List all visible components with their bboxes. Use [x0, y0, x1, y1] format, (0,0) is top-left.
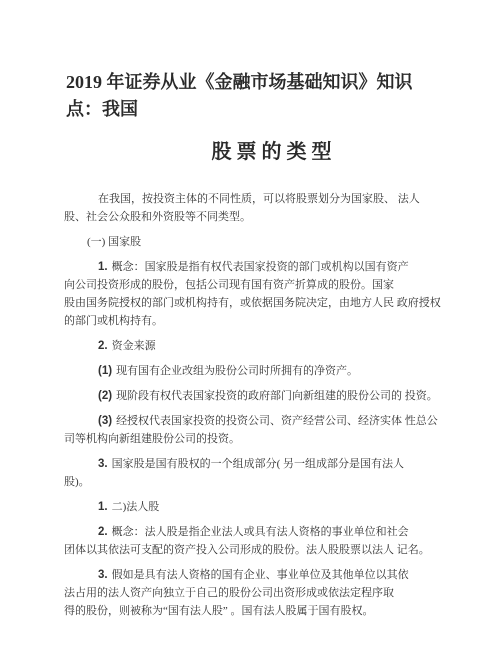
- paragraph: 1.二)法人股: [64, 498, 444, 516]
- paragraph-number: 1.: [98, 501, 108, 513]
- paragraph: (3)经授权代表国家投资的投资公司、资产经营公司、经济实体 性总公 司等机构向新…: [64, 412, 444, 448]
- paragraph: 3.国家股是国有股权的一个组成部分( 另一组成部分是国有法人 股)。: [64, 455, 444, 491]
- paragraph-line-text: 法占用的法人资产向独立于自己的股份公司出资形成或依法定程序取: [64, 587, 394, 599]
- paragraph-line-text: 得的股份，则被称为“国有法人股” 。国有法人股属于国有股权。: [64, 605, 374, 617]
- paragraph-line-text: 股由国务院授权的部门或机构持有，或依据国务院决定，由地方人民 政府授权: [64, 297, 441, 309]
- paragraph-line-text: 股)。: [64, 476, 90, 488]
- paragraph-line: 3.假如是具有法人资格的国有企业、事业单位及其他单位以其依: [64, 566, 444, 584]
- document-page: 2019 年证券从业《金融市场基础知识》知识 点：我国 股票的类型 在我国，按投…: [0, 0, 500, 647]
- paragraph-number: (3): [98, 415, 112, 427]
- paragraph-line-text: 团体以其依法可支配的资产投入公司形成的股份。法人股股票以法人 记名。: [64, 544, 430, 556]
- paragraph-line: 团体以其依法可支配的资产投入公司形成的股份。法人股股票以法人 记名。: [64, 541, 444, 559]
- paragraph-line: 股由国务院授权的部门或机构持有，或依据国务院决定，由地方人民 政府授权: [64, 294, 444, 312]
- paragraph-line: (一) 国家股: [64, 233, 444, 251]
- paragraph: 在我国，按投资主体的不同性质，可以将股票划分为国家股、 法人 股、社会公众股和外…: [64, 190, 444, 226]
- paragraph-line-text: 的部门或机构持有。: [64, 315, 163, 327]
- paragraph-number: 3.: [98, 458, 108, 470]
- document-title: 2019 年证券从业《金融市场基础知识》知识 点：我国: [0, 12, 500, 123]
- paragraph: (一) 国家股: [64, 233, 444, 251]
- paragraph: 2.资金来源: [64, 337, 444, 355]
- paragraph-line: (3)经授权代表国家投资的投资公司、资产经营公司、经济实体 性总公: [64, 412, 444, 430]
- paragraph-line: (2)现阶段有权代表国家投资的政府部门向新组建的股份公司的 投资。: [64, 387, 444, 405]
- paragraph-line: 2.资金来源: [64, 337, 444, 355]
- paragraph-line-text: (一) 国家股: [87, 236, 141, 248]
- paragraph-line-text: 股、社会公众股和外资股等不同类型。: [64, 211, 251, 223]
- paragraph-number: 3.: [98, 569, 108, 581]
- paragraph-number: 2.: [98, 526, 108, 538]
- paragraph-line-text: 现阶段有权代表国家投资的政府部门向新组建的股份公司的 投资。: [116, 390, 438, 402]
- paragraph-line: 股)。: [64, 473, 444, 491]
- paragraph-line-text: 概念：国家股是指有权代表国家投资的部门或机构以国有资产: [112, 261, 409, 273]
- paragraph: (1)现有国有企业改组为股份公司时所拥有的净资产。: [64, 362, 444, 380]
- paragraph-line-text: 在我国，按投资主体的不同性质，可以将股票划分为国家股、 法人: [98, 193, 420, 205]
- paragraph-number: 2.: [98, 340, 108, 352]
- paragraph: 1.概念：国家股是指有权代表国家投资的部门或机构以国有资产 向公司投资形成的股份…: [64, 258, 444, 330]
- paragraph-line-text: 向公司投资形成的股份，包括公司现有国有资产折算成的股份。国家: [64, 279, 394, 291]
- paragraph-line: 在我国，按投资主体的不同性质，可以将股票划分为国家股、 法人: [64, 190, 444, 208]
- paragraph-line: 2.概念：法人股是指企业法人或具有法人资格的事业单位和社会: [64, 523, 444, 541]
- paragraph-line: 1.二)法人股: [64, 498, 444, 516]
- paragraph-line: 的部门或机构持有。: [64, 312, 444, 330]
- document-title-line: 点：我国: [66, 96, 440, 123]
- paragraph-number: (2): [98, 390, 112, 402]
- paragraph-line: 3.国家股是国有股权的一个组成部分( 另一组成部分是国有法人: [64, 455, 444, 473]
- paragraph-number: (1): [98, 365, 112, 377]
- paragraph-line-text: 现有国有企业改组为股份公司时所拥有的净资产。: [116, 365, 358, 377]
- paragraph-line-text: 国家股是国有股权的一个组成部分( 另一组成部分是国有法人: [112, 458, 404, 470]
- paragraph-line-text: 经授权代表国家投资的投资公司、资产经营公司、经济实体 性总公: [116, 415, 438, 427]
- paragraph: (2)现阶段有权代表国家投资的政府部门向新组建的股份公司的 投资。: [64, 387, 444, 405]
- paragraph-line-text: 二)法人股: [112, 501, 160, 513]
- paragraph: 2.概念：法人股是指企业法人或具有法人资格的事业单位和社会 团体以其依法可支配的…: [64, 523, 444, 559]
- paragraph-line: 得的股份，则被称为“国有法人股” 。国有法人股属于国有股权。: [64, 602, 444, 620]
- paragraph-line: 向公司投资形成的股份，包括公司现有国有资产折算成的股份。国家: [64, 276, 444, 294]
- paragraph-number: 1.: [98, 261, 108, 273]
- paragraph: 3.假如是具有法人资格的国有企业、事业单位及其他单位以其依 法占用的法人资产向独…: [64, 566, 444, 620]
- paragraph-line-text: 概念：法人股是指企业法人或具有法人资格的事业单位和社会: [112, 526, 409, 538]
- paragraph-line: 司等机构向新组建股份公司的投资。: [64, 430, 444, 448]
- paragraph-line: 法占用的法人资产向独立于自己的股份公司出资形成或依法定程序取: [64, 584, 444, 602]
- document-title-line: 2019 年证券从业《金融市场基础知识》知识: [66, 69, 440, 96]
- paragraph-line-text: 假如是具有法人资格的国有企业、事业单位及其他单位以其依: [112, 569, 409, 581]
- paragraph-line: 股、社会公众股和外资股等不同类型。: [64, 208, 444, 226]
- paragraph-line: 1.概念：国家股是指有权代表国家投资的部门或机构以国有资产: [64, 258, 444, 276]
- document-body: 在我国，按投资主体的不同性质，可以将股票划分为国家股、 法人 股、社会公众股和外…: [0, 181, 500, 620]
- paragraph-line: (1)现有国有企业改组为股份公司时所拥有的净资产。: [64, 362, 444, 380]
- paragraph-line-text: 司等机构向新组建股份公司的投资。: [64, 433, 240, 445]
- section-heading: 股票的类型: [0, 135, 500, 164]
- paragraph-line-text: 资金来源: [112, 340, 156, 352]
